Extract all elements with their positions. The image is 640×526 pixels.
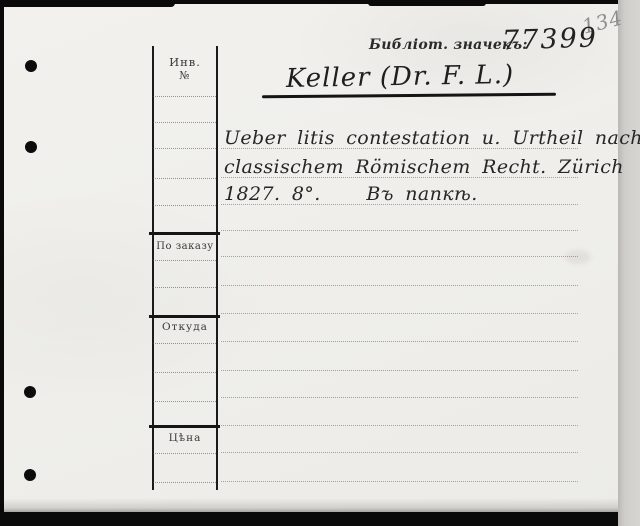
scan-top-border-segment [0,0,175,7]
column-label-price: Цѣна [152,432,218,444]
scan-top-border-segment [368,0,486,6]
ruled-line [221,177,578,178]
entry-text-line: Ueber litis contestation u. Urtheil nach [224,127,640,149]
punch-hole [24,386,36,398]
column-section-divider [149,232,220,235]
ruled-line [153,453,216,454]
column-left-line [152,46,154,490]
scan-left-border [0,0,4,522]
column-section-divider [149,425,220,428]
ruled-line [153,178,216,179]
ruled-line [153,260,216,261]
ruled-line [221,481,578,482]
column-section-divider [149,315,220,318]
ruled-line [153,148,216,149]
column-label-inventory: Инв. [152,55,218,69]
ruled-line [153,96,216,97]
ruled-line [221,341,578,342]
ruled-line [221,204,578,205]
punch-hole [24,469,36,481]
ruled-line [221,397,578,398]
author-name: Keller (Dr. F. L.) [286,60,515,94]
ruled-line [153,287,216,288]
page-right-edge [618,0,640,526]
library-mark-number: 77399 [501,22,598,56]
ruled-line [153,343,216,344]
punch-hole [25,141,37,153]
paper-smudge [565,250,591,264]
ruled-line [221,313,578,314]
ruled-line [221,370,578,371]
ruled-line [221,230,578,231]
column-right-line [216,46,218,490]
ruled-line [153,205,216,206]
ruled-line [221,148,578,149]
punch-hole [25,60,37,72]
scan-bottom-shadow [0,498,640,512]
scan-bottom-border [0,512,640,526]
ruled-line [221,285,578,286]
entry-text-line: classischem Römischem Recht. Zürich [224,156,624,178]
ruled-line [153,482,216,483]
catalog-card-scan: 134 Библіот. значекъ: 77399 Keller (Dr. … [0,0,640,526]
ruled-line [221,256,578,257]
ruled-line [153,122,216,123]
ruled-line [221,452,578,453]
column-label-origin: Откуда [152,321,218,333]
column-label-inventory-no: № [152,69,218,82]
ruled-line [153,401,216,402]
column-label-by-order: По заказу [152,241,218,252]
entry-text-line: 1827. 8°. Въ папкѣ. [224,183,478,205]
ruled-line [153,372,216,373]
ruled-line [221,425,578,426]
